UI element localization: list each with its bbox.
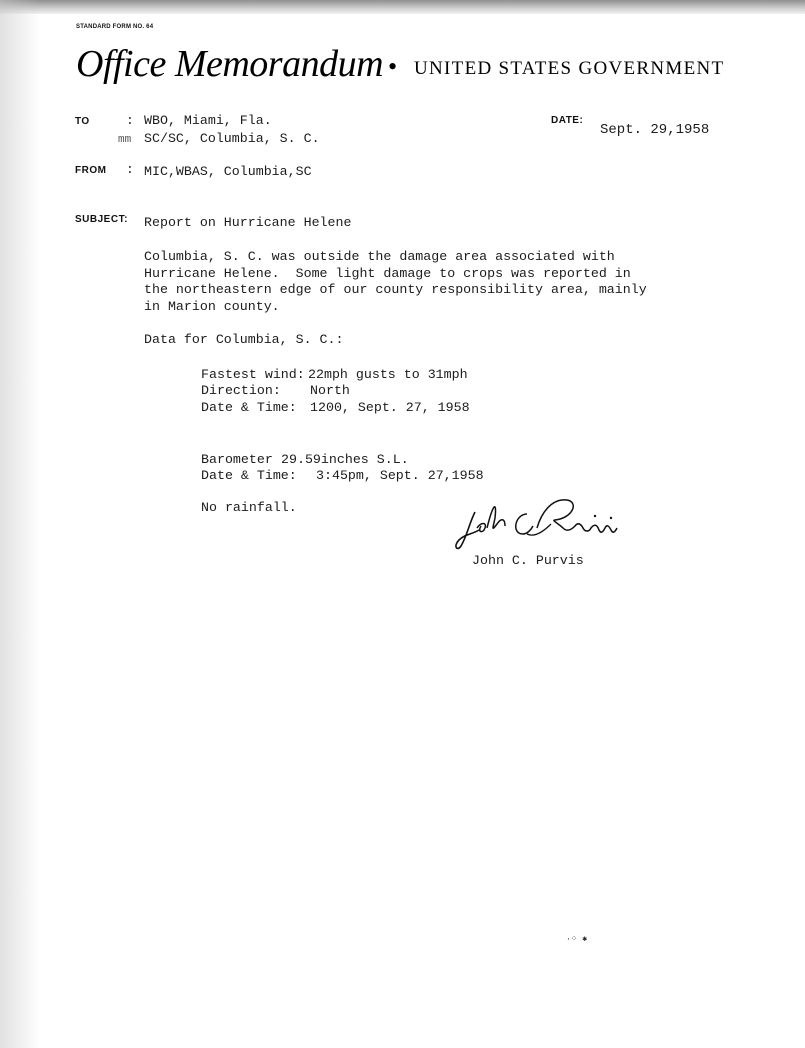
cc-marker: mm — [118, 132, 131, 148]
scan-edge-left — [0, 0, 40, 1048]
fastest-wind-label: Fastest wind: — [201, 367, 305, 383]
barometer-value: 29.59inches S.L. — [281, 452, 409, 468]
title-separator: • — [388, 52, 397, 82]
to-colon: : — [126, 113, 134, 128]
from-colon: : — [126, 162, 134, 177]
direction-label: Direction: — [201, 383, 281, 399]
date-label: DATE: — [551, 115, 583, 126]
form-number: STANDARD FORM NO. 64 — [76, 24, 153, 30]
barometer-datetime-value: 3:45pm, Sept. 27,1958 — [316, 468, 484, 484]
paragraph-line: Hurricane Helene. Some light damage to c… — [144, 266, 647, 283]
paragraph-line: in Marion county. — [144, 299, 647, 316]
rainfall-note: No rainfall. — [201, 500, 297, 516]
to-recipient-2: SC/SC, Columbia, S. C. — [144, 131, 320, 147]
barometer-datetime-label: Date & Time: — [201, 468, 297, 484]
data-heading: Data for Columbia, S. C.: — [144, 332, 344, 348]
wind-datetime-label: Date & Time: — [201, 400, 297, 416]
fastest-wind-value: 22mph gusts to 31mph — [308, 367, 468, 383]
from-label: FROM — [75, 165, 106, 176]
subject-label: SUBJECT: — [75, 214, 128, 225]
scan-edge-top — [0, 0, 805, 14]
agency-name: UNITED STATES GOVERNMENT — [414, 58, 724, 80]
paragraph-line: Columbia, S. C. was outside the damage a… — [144, 249, 647, 266]
from-value: MIC,WBAS, Columbia,SC — [144, 164, 312, 180]
memo-title: Office Memorandum — [76, 42, 383, 86]
to-recipient-1: WBO, Miami, Fla. — [144, 113, 272, 129]
wind-datetime-value: 1200, Sept. 27, 1958 — [310, 400, 470, 416]
date-value: Sept. 29,1958 — [600, 122, 709, 138]
typed-signature-name: John C. Purvis — [472, 553, 584, 569]
to-label: TO — [75, 116, 90, 127]
scan-specks: ·⁘ ✱ — [566, 934, 587, 944]
subject-value: Report on Hurricane Helene — [144, 215, 351, 231]
paragraph-line: the northeastern edge of our county resp… — [144, 282, 647, 299]
direction-value: North — [310, 383, 350, 399]
body-paragraph: Columbia, S. C. was outside the damage a… — [144, 249, 647, 315]
handwritten-signature — [455, 494, 625, 554]
barometer-label: Barometer — [201, 452, 273, 468]
